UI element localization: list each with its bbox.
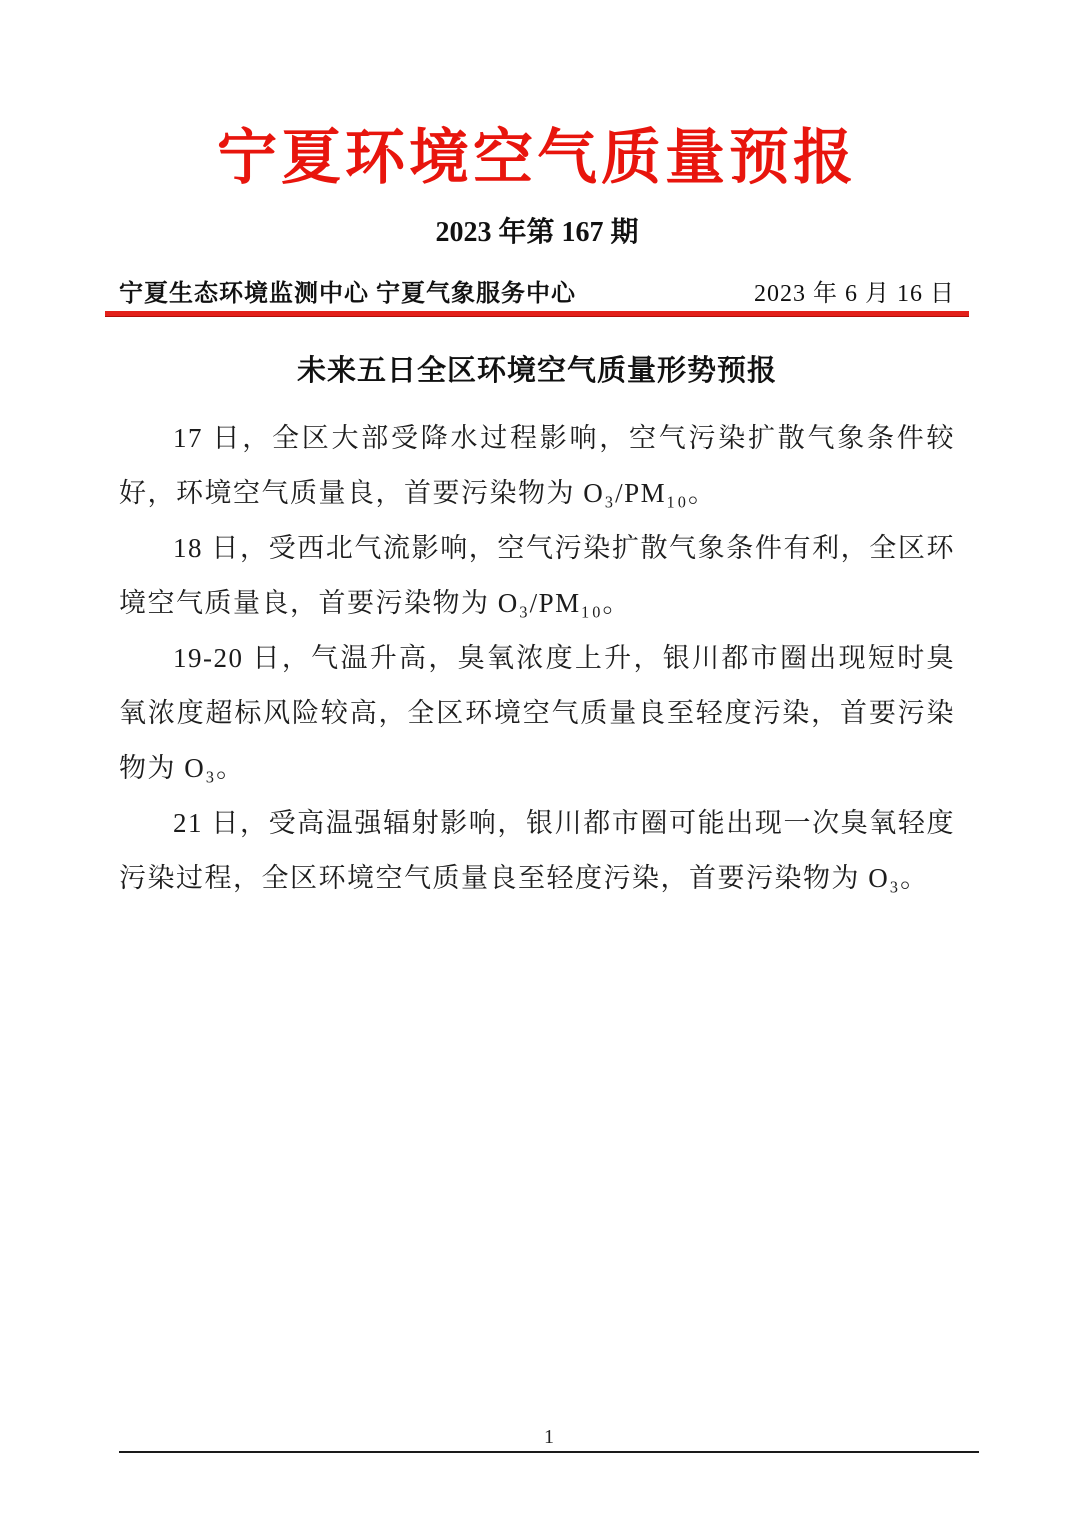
section-title: 未来五日全区环境空气质量形势预报 (119, 355, 955, 388)
document-title: 宁夏环境空气质量预报 (119, 122, 955, 194)
forecast-paragraph-day19-20: 19-20 日，气温升高，臭氧浓度上升，银川都市圈出现短时臭氧浓度超标风险较高，… (119, 631, 955, 796)
forecast-body: 17 日，全区大部受降水过程影响，空气污染扩散气象条件较好，环境空气质量良，首要… (119, 411, 955, 906)
footer-divider (119, 1451, 979, 1453)
forecast-paragraph-day18: 18 日，受西北气流影响，空气污染扩散气象条件有利，全区环境空气质量良，首要污染… (119, 521, 955, 631)
document-content: 宁夏环境空气质量预报 2023 年第 167 期 宁夏生态环境监测中心 宁夏气象… (0, 122, 1074, 906)
issuer-row: 宁夏生态环境监测中心 宁夏气象服务中心 2023 年 6 月 16 日 (119, 281, 955, 309)
issuing-agencies: 宁夏生态环境监测中心 宁夏气象服务中心 (119, 281, 576, 309)
page-number: 1 (119, 1424, 979, 1450)
forecast-paragraph-day17: 17 日，全区大部受降水过程影响，空气污染扩散气象条件较好，环境空气质量良，首要… (119, 411, 955, 521)
forecast-paragraph-day21: 21 日，受高温强辐射影响，银川都市圈可能出现一次臭氧轻度污染过程，全区环境空气… (119, 796, 955, 906)
document-page: 宁夏环境空气质量预报 2023 年第 167 期 宁夏生态环境监测中心 宁夏气象… (0, 0, 1074, 1520)
page-footer: 1 (119, 1424, 979, 1453)
issue-number: 2023 年第 167 期 (119, 218, 955, 249)
issue-date: 2023 年 6 月 16 日 (754, 281, 955, 309)
header-divider (105, 311, 969, 317)
